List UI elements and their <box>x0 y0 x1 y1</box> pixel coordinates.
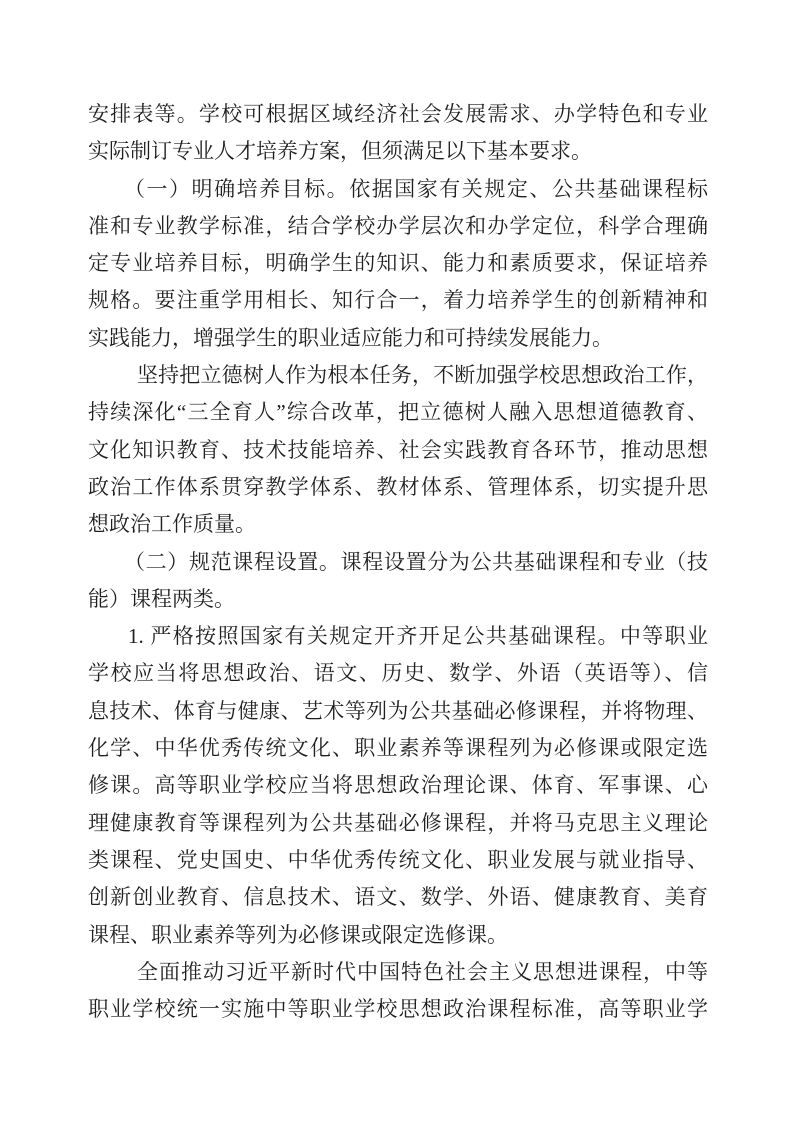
document-text-block: 安排表等。学校可根据区域经济社会发展需求、办学特色和专业 实际制订专业人才培养方… <box>88 96 708 1028</box>
text-line: 学校应当将思想政治、语文、历史、数学、外语（英语等）、信 <box>88 655 708 692</box>
text-line: 化学、中华优秀传统文化、职业素养等课程列为必修课或限定选 <box>88 730 708 767</box>
text-line: 规格。要注重学用相长、知行合一，着力培养学生的创新精神和 <box>88 282 708 319</box>
text-line: 全面推动习近平新时代中国特色社会主义思想进课程，中等 <box>88 954 708 991</box>
text-line: 职业学校统一实施中等职业学校思想政治课程标准，高等职业学 <box>88 991 708 1028</box>
text-line: 理健康教育等课程列为公共基础必修课程，并将马克思主义理论 <box>88 805 708 842</box>
text-line: 持续深化“三全育人”综合改革，把立德树人融入思想道德教育、 <box>88 394 708 431</box>
text-line: 课程、职业素养等列为必修课或限定选修课。 <box>88 917 708 954</box>
text-line: 实践能力，增强学生的职业适应能力和可持续发展能力。 <box>88 320 708 357</box>
text-line: 政治工作体系贯穿教学体系、教材体系、管理体系，切实提升思 <box>88 469 708 506</box>
text-line: 安排表等。学校可根据区域经济社会发展需求、办学特色和专业 <box>88 96 708 133</box>
text-line: （二）规范课程设置。课程设置分为公共基础课程和专业（技 <box>88 544 708 581</box>
text-line: 文化知识教育、技术技能培养、社会实践教育各环节，推动思想 <box>88 432 708 469</box>
text-line: 类课程、党史国史、中华优秀传统文化、职业发展与就业指导、 <box>88 842 708 879</box>
text-line: 创新创业教育、信息技术、语文、数学、外语、健康教育、美育 <box>88 879 708 916</box>
text-line: 想政治工作质量。 <box>88 506 708 543</box>
text-line: 能）课程两类。 <box>88 581 708 618</box>
text-line: 修课。高等职业学校应当将思想政治理论课、体育、军事课、心 <box>88 767 708 804</box>
text-line: （一）明确培养目标。依据国家有关规定、公共基础课程标 <box>88 171 708 208</box>
text-line: 定专业培养目标，明确学生的知识、能力和素质要求，保证培养 <box>88 245 708 282</box>
text-line: 实际制订专业人才培养方案，但须满足以下基本要求。 <box>88 133 708 170</box>
text-line: 息技术、体育与健康、艺术等列为公共基础必修课程，并将物理、 <box>88 693 708 730</box>
text-line: 1. 严格按照国家有关规定开齐开足公共基础课程。中等职业 <box>88 618 708 655</box>
text-line: 坚持把立德树人作为根本任务，不断加强学校思想政治工作， <box>88 357 708 394</box>
text-line: 准和专业教学标准，结合学校办学层次和办学定位，科学合理确 <box>88 208 708 245</box>
document-page: 安排表等。学校可根据区域经济社会发展需求、办学特色和专业 实际制订专业人才培养方… <box>0 0 794 1122</box>
